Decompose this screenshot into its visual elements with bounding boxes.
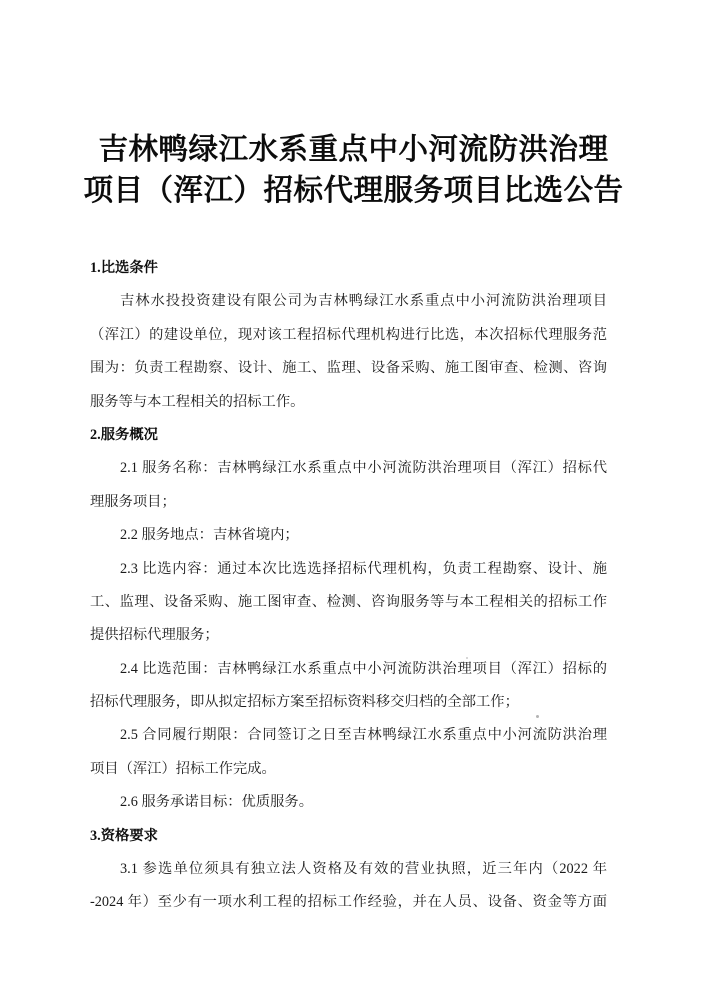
document-body: 1.比选条件 吉林水投投资建设有限公司为吉林鸭绿江水系重点中小河流防洪治理项目 …: [90, 252, 607, 920]
body-line: -2024 年）至少有一项水利工程的招标工作经验，并在人员、设备、资金等方面: [90, 886, 607, 919]
body-line: 理服务项目；: [90, 486, 607, 519]
heading-bid-conditions: 1.比选条件: [90, 252, 607, 285]
scan-artifact-dot: [536, 715, 539, 718]
scan-artifact-dot: [466, 657, 468, 659]
title-line-1: 吉林鸭绿江水系重点中小河流防洪治理: [50, 130, 657, 171]
body-line-service-commitment: 2.6 服务承诺目标：优质服务。: [90, 786, 607, 819]
body-line: 项目（浑江）招标工作完成。: [90, 753, 607, 786]
body-line: 提供招标代理服务；: [90, 619, 607, 652]
body-line: 服务等与本工程相关的招标工作。: [90, 386, 607, 419]
body-line: 围为：负责工程勘察、设计、施工、监理、设备采购、施工图审查、检测、咨询: [90, 352, 607, 385]
body-line-qualification: 3.1 参选单位须具有独立法人资格及有效的营业执照，近三年内（2022 年: [90, 853, 607, 886]
body-line: 招标代理服务，即从拟定招标方案至招标资料移交归档的全部工作；: [90, 686, 607, 719]
body-line: （浑江）的建设单位，现对该工程招标代理机构进行比选，本次招标代理服务范: [90, 319, 607, 352]
body-line: 吉林水投投资建设有限公司为吉林鸭绿江水系重点中小河流防洪治理项目: [90, 285, 607, 318]
title-line-2: 项目（浑江）招标代理服务项目比选公告: [50, 171, 657, 212]
document-page: 吉林鸭绿江水系重点中小河流防洪治理 项目（浑江）招标代理服务项目比选公告 1.比…: [0, 0, 707, 1000]
body-line: 工、监理、设备采购、施工图审查、检测、咨询服务等与本工程相关的招标工作: [90, 586, 607, 619]
heading-service-overview: 2.服务概况: [90, 419, 607, 452]
heading-qualification-requirements: 3.资格要求: [90, 820, 607, 853]
body-line-selection-content: 2.3 比选内容：通过本次比选选择招标代理机构，负责工程勘察、设计、施: [90, 553, 607, 586]
body-line-contract-period: 2.5 合同履行期限：合同签订之日至吉林鸭绿江水系重点中小河流防洪治理: [90, 719, 607, 752]
document-title: 吉林鸭绿江水系重点中小河流防洪治理 项目（浑江）招标代理服务项目比选公告: [50, 130, 657, 212]
body-line-selection-scope: 2.4 比选范围：吉林鸭绿江水系重点中小河流防洪治理项目（浑江）招标的: [90, 653, 607, 686]
body-line-service-location: 2.2 服务地点：吉林省境内；: [90, 519, 607, 552]
body-line-service-name: 2.1 服务名称：吉林鸭绿江水系重点中小河流防洪治理项目（浑江）招标代: [90, 452, 607, 485]
